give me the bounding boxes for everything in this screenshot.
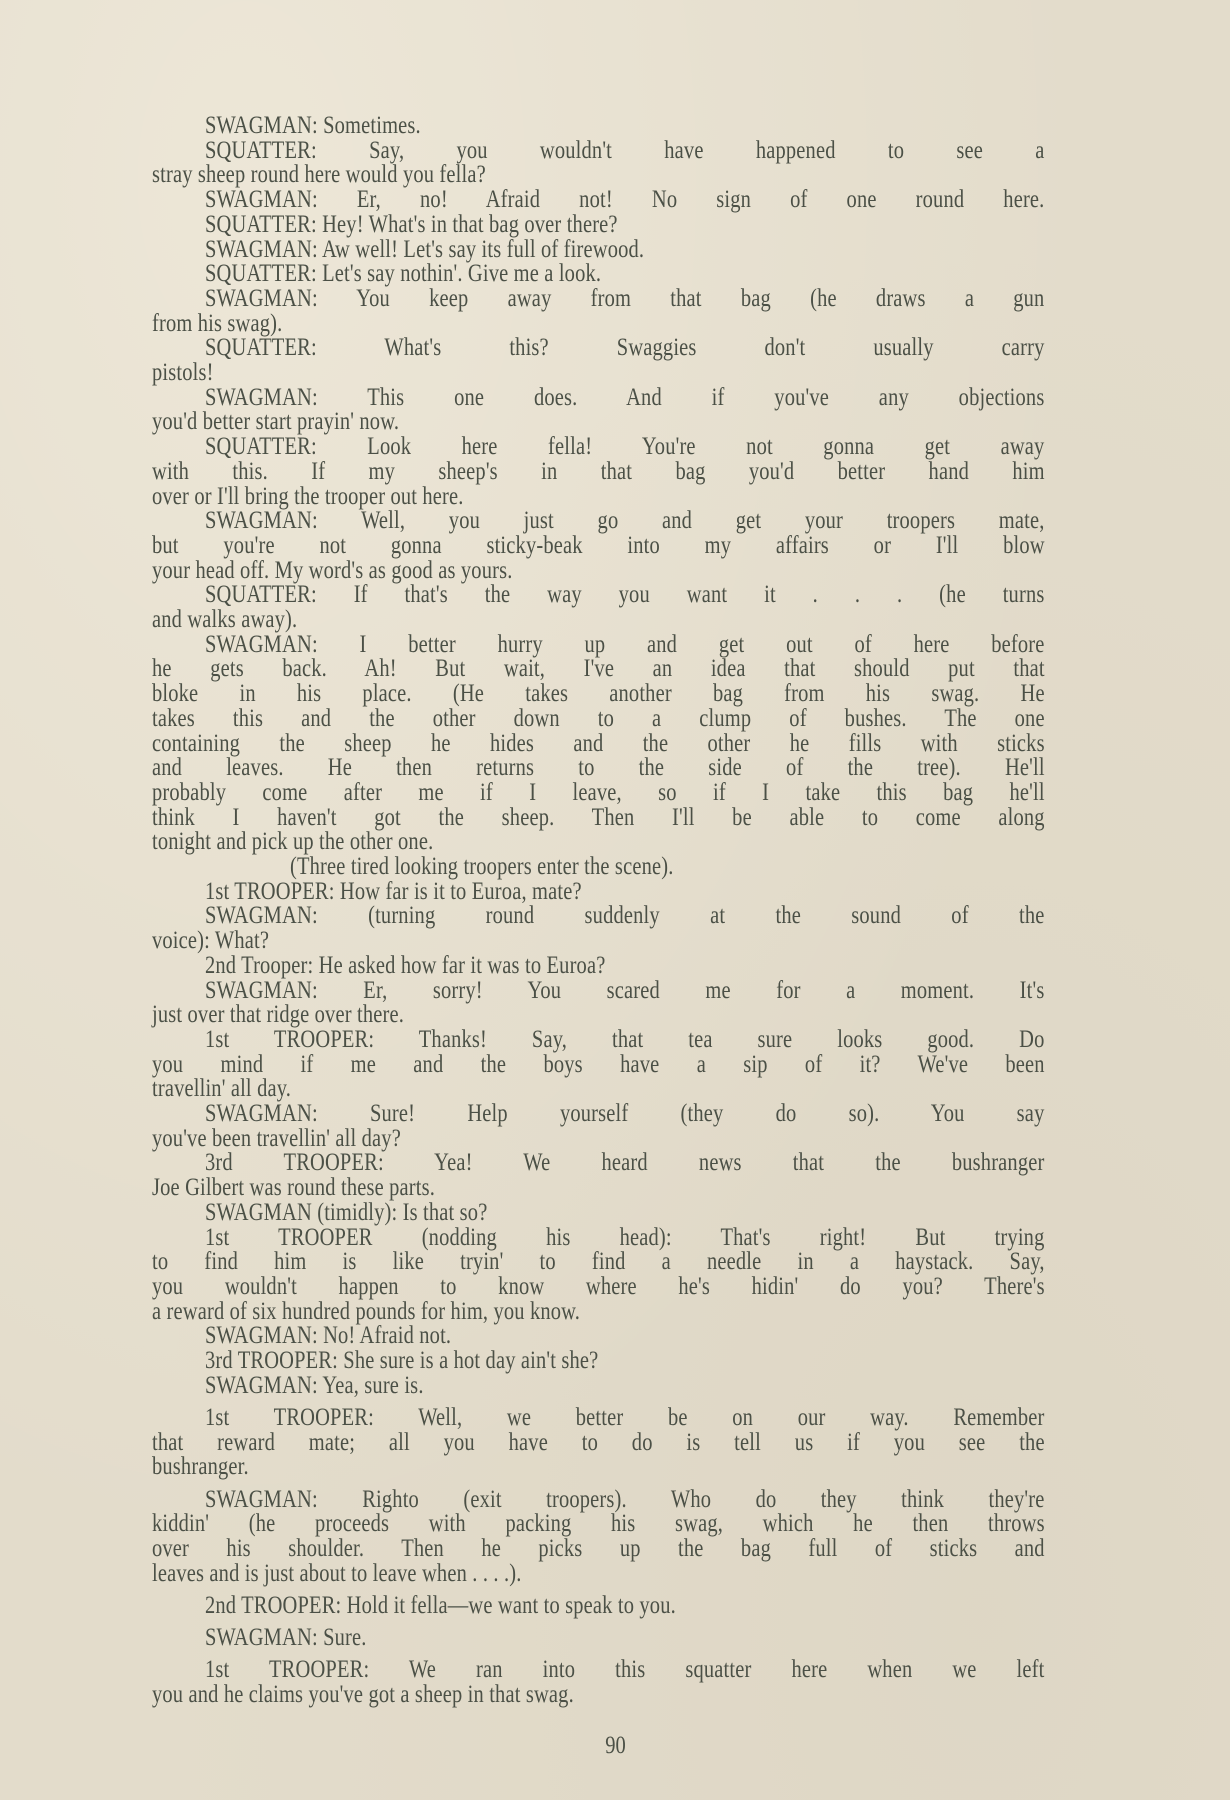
script-line-text: 1st TROOPER: We ran into this squatter h… bbox=[205, 1657, 1044, 1683]
script-line: leaves and is just about to leave when .… bbox=[152, 1561, 1045, 1587]
script-line: SQUATTER: Let's say nothin'. Give me a l… bbox=[205, 261, 1045, 287]
script-line: 1st TROOPER: Thanks! Say, that tea sure … bbox=[205, 1027, 1045, 1053]
script-line-text: SWAGMAN: Er, no! Afraid not! No sign of … bbox=[205, 187, 1044, 213]
script-line-text: over or I'll bring the trooper out here. bbox=[152, 484, 1045, 510]
script-line: tonight and pick up the other one. bbox=[152, 829, 1045, 855]
script-line-text: 3rd TROOPER: She sure is a hot day ain't… bbox=[205, 1348, 1044, 1374]
script-line-text: 1st TROOPER: Well, we better be on our w… bbox=[205, 1405, 1044, 1431]
script-line-text: that reward mate; all you have to do is … bbox=[152, 1430, 1045, 1456]
script-line: 1st TROOPER: We ran into this squatter h… bbox=[205, 1657, 1045, 1683]
script-line: with this. If my sheep's in that bag you… bbox=[152, 459, 1045, 485]
script-line: 2nd TROOPER: Hold it fella—we want to sp… bbox=[205, 1593, 1045, 1619]
script-line-text: 3rd TROOPER: Yea! We heard news that the… bbox=[205, 1150, 1044, 1176]
script-line-text: 2nd Trooper: He asked how far it was to … bbox=[205, 953, 1044, 979]
script-line-text: SWAGMAN: Well, you just go and get your … bbox=[205, 508, 1044, 534]
script-line: 1st TROOPER (nodding his head): That's r… bbox=[205, 1225, 1045, 1251]
script-line: over his shoulder. Then he picks up the … bbox=[152, 1536, 1045, 1562]
script-line: SWAGMAN: Aw well! Let's say its full of … bbox=[205, 237, 1045, 263]
script-line-text: and walks away). bbox=[152, 607, 1045, 633]
script-line-text: a reward of six hundred pounds for him, … bbox=[152, 1299, 1045, 1325]
script-line: SQUATTER: Look here fella! You're not go… bbox=[205, 434, 1045, 460]
script-line: 2nd Trooper: He asked how far it was to … bbox=[205, 953, 1045, 979]
script-line-text: takes this and the other down to a clump… bbox=[152, 706, 1045, 732]
script-line-text: containing the sheep he hides and the ot… bbox=[152, 731, 1045, 757]
script-line: SWAGMAN: I better hurry up and get out o… bbox=[205, 632, 1045, 658]
script-line-text: SQUATTER: Look here fella! You're not go… bbox=[205, 434, 1044, 460]
script-line-text: SWAGMAN: Yea, sure is. bbox=[205, 1373, 1044, 1399]
script-line: and leaves. He then returns to the side … bbox=[152, 755, 1045, 781]
script-line-text: SWAGMAN: Aw well! Let's say its full of … bbox=[205, 237, 1044, 263]
script-line-text: SWAGMAN: Er, sorry! You scared me for a … bbox=[205, 978, 1044, 1004]
script-line-text: SQUATTER: If that's the way you want it … bbox=[205, 582, 1044, 608]
script-line: you and he claims you've got a sheep in … bbox=[152, 1682, 1045, 1708]
script-line-text: just over that ridge over there. bbox=[152, 1002, 1045, 1028]
script-line: bushranger. bbox=[152, 1454, 1045, 1480]
script-line-text: but you're not gonna sticky-beak into my… bbox=[152, 533, 1045, 559]
script-line: SWAGMAN: Yea, sure is. bbox=[205, 1373, 1045, 1399]
script-line: SWAGMAN: Er, sorry! You scared me for a … bbox=[205, 978, 1045, 1004]
script-line: you've been travellin' all day? bbox=[152, 1126, 1045, 1152]
script-line-text: over his shoulder. Then he picks up the … bbox=[152, 1536, 1045, 1562]
script-line-text: SWAGMAN: Sure! Help yourself (they do so… bbox=[205, 1101, 1044, 1127]
script-line-text: you wouldn't happen to know where he's h… bbox=[152, 1274, 1045, 1300]
script-line: kiddin' (he proceeds with packing his sw… bbox=[152, 1511, 1045, 1537]
script-line-text: bushranger. bbox=[152, 1454, 1045, 1480]
script-line: SWAGMAN: Er, no! Afraid not! No sign of … bbox=[205, 187, 1045, 213]
script-line-text: kiddin' (he proceeds with packing his sw… bbox=[152, 1511, 1045, 1537]
script-line: that reward mate; all you have to do is … bbox=[152, 1430, 1045, 1456]
script-line-text: and leaves. He then returns to the side … bbox=[152, 755, 1045, 781]
script-line-text: think I haven't got the sheep. Then I'll… bbox=[152, 805, 1045, 831]
script-line: you'd better start prayin' now. bbox=[152, 409, 1045, 435]
script-line-text: SQUATTER: Say, you wouldn't have happene… bbox=[205, 138, 1044, 164]
script-line-text: voice): What? bbox=[152, 928, 1045, 954]
script-line-text: SWAGMAN (timidly): Is that so? bbox=[205, 1200, 1044, 1226]
script-line-text: tonight and pick up the other one. bbox=[152, 829, 1045, 855]
document-page: SWAGMAN: Sometimes.SQUATTER: Say, you wo… bbox=[0, 0, 1230, 1800]
script-line: your head off. My word's as good as your… bbox=[152, 558, 1045, 584]
script-line: SWAGMAN: Sure! Help yourself (they do so… bbox=[205, 1101, 1045, 1127]
script-line-text: pistols! bbox=[152, 360, 1045, 386]
script-line-text: from his swag). bbox=[152, 311, 1045, 337]
script-line: SWAGMAN: Well, you just go and get your … bbox=[205, 508, 1045, 534]
script-line-text: bloke in his place. (He takes another ba… bbox=[152, 681, 1045, 707]
script-line: probably come after me if I leave, so if… bbox=[152, 780, 1045, 806]
script-line: you wouldn't happen to know where he's h… bbox=[152, 1274, 1045, 1300]
script-line: over or I'll bring the trooper out here. bbox=[152, 484, 1045, 510]
script-line-text: you mind if me and the boys have a sip o… bbox=[152, 1052, 1045, 1078]
script-line-text: 1st TROOPER: How far is it to Euroa, mat… bbox=[205, 879, 1044, 905]
script-line-text: Joe Gilbert was round these parts. bbox=[152, 1175, 1045, 1201]
script-line: think I haven't got the sheep. Then I'll… bbox=[152, 805, 1045, 831]
script-line-text: (Three tired looking troopers enter the … bbox=[290, 854, 1183, 880]
script-line-text: your head off. My word's as good as your… bbox=[152, 558, 1045, 584]
script-line-text: travellin' all day. bbox=[152, 1076, 1045, 1102]
script-line: but you're not gonna sticky-beak into my… bbox=[152, 533, 1045, 559]
script-line: just over that ridge over there. bbox=[152, 1002, 1045, 1028]
script-line: SWAGMAN: You keep away from that bag (he… bbox=[205, 286, 1045, 312]
script-line-text: 2nd TROOPER: Hold it fella—we want to sp… bbox=[205, 1593, 1044, 1619]
script-line-text: 1st TROOPER: Thanks! Say, that tea sure … bbox=[205, 1027, 1044, 1053]
script-line-text: stray sheep round here would you fella? bbox=[152, 162, 1045, 188]
script-line: takes this and the other down to a clump… bbox=[152, 706, 1045, 732]
script-line-text: he gets back. Ah! But wait, I've an idea… bbox=[152, 656, 1045, 682]
script-line: SQUATTER: Say, you wouldn't have happene… bbox=[205, 138, 1045, 164]
script-line: SWAGMAN: Sometimes. bbox=[205, 113, 1045, 139]
script-line: SWAGMAN: Sure. bbox=[205, 1625, 1045, 1651]
stage-direction-line: (Three tired looking troopers enter the … bbox=[290, 854, 1183, 880]
script-line-text: SWAGMAN: You keep away from that bag (he… bbox=[205, 286, 1044, 312]
script-line: SQUATTER: If that's the way you want it … bbox=[205, 582, 1045, 608]
script-line-text: you'd better start prayin' now. bbox=[152, 409, 1045, 435]
script-line-text: 1st TROOPER (nodding his head): That's r… bbox=[205, 1225, 1044, 1251]
script-line: stray sheep round here would you fella? bbox=[152, 162, 1045, 188]
script-line-text: SWAGMAN: (turning round suddenly at the … bbox=[205, 903, 1044, 929]
script-line: voice): What? bbox=[152, 928, 1045, 954]
script-line: pistols! bbox=[152, 360, 1045, 386]
script-line-text: you've been travellin' all day? bbox=[152, 1126, 1045, 1152]
script-line-text: you and he claims you've got a sheep in … bbox=[152, 1682, 1045, 1708]
script-line-text: probably come after me if I leave, so if… bbox=[152, 780, 1045, 806]
script-line: SQUATTER: What's this? Swaggies don't us… bbox=[205, 335, 1045, 361]
script-line-text: to find him is like tryin' to find a nee… bbox=[152, 1249, 1045, 1275]
script-line: you mind if me and the boys have a sip o… bbox=[152, 1052, 1045, 1078]
script-line-text: leaves and is just about to leave when .… bbox=[152, 1561, 1045, 1587]
script-line: 3rd TROOPER: Yea! We heard news that the… bbox=[205, 1150, 1045, 1176]
script-line-text: with this. If my sheep's in that bag you… bbox=[152, 459, 1045, 485]
script-line-text: SWAGMAN: Sometimes. bbox=[205, 113, 1044, 139]
script-line: SWAGMAN: No! Afraid not. bbox=[205, 1323, 1045, 1349]
page-number: 90 bbox=[0, 1733, 1230, 1759]
script-line-text: SQUATTER: Hey! What's in that bag over t… bbox=[205, 212, 1044, 238]
script-line: 3rd TROOPER: She sure is a hot day ain't… bbox=[205, 1348, 1045, 1374]
script-line: he gets back. Ah! But wait, I've an idea… bbox=[152, 656, 1045, 682]
script-line: SWAGMAN (timidly): Is that so? bbox=[205, 1200, 1045, 1226]
script-line: a reward of six hundred pounds for him, … bbox=[152, 1299, 1045, 1325]
script-line: SWAGMAN: This one does. And if you've an… bbox=[205, 385, 1045, 411]
script-line: SQUATTER: Hey! What's in that bag over t… bbox=[205, 212, 1045, 238]
script-line-text: SWAGMAN: No! Afraid not. bbox=[205, 1323, 1044, 1349]
script-line: SWAGMAN: Righto (exit troopers). Who do … bbox=[205, 1487, 1045, 1513]
script-line: containing the sheep he hides and the ot… bbox=[152, 731, 1045, 757]
script-line: 1st TROOPER: How far is it to Euroa, mat… bbox=[205, 879, 1045, 905]
script-line: travellin' all day. bbox=[152, 1076, 1045, 1102]
script-line: from his swag). bbox=[152, 311, 1045, 337]
script-line-text: SWAGMAN: This one does. And if you've an… bbox=[205, 385, 1044, 411]
page-number-text: 90 bbox=[605, 1733, 626, 1759]
script-line: 1st TROOPER: Well, we better be on our w… bbox=[205, 1405, 1045, 1431]
script-line-text: SWAGMAN: I better hurry up and get out o… bbox=[205, 632, 1044, 658]
script-line: bloke in his place. (He takes another ba… bbox=[152, 681, 1045, 707]
script-line: SWAGMAN: (turning round suddenly at the … bbox=[205, 903, 1045, 929]
script-line-text: SWAGMAN: Righto (exit troopers). Who do … bbox=[205, 1487, 1044, 1513]
script-line-text: SQUATTER: Let's say nothin'. Give me a l… bbox=[205, 261, 1044, 287]
script-line-text: SWAGMAN: Sure. bbox=[205, 1625, 1044, 1651]
script-line: and walks away). bbox=[152, 607, 1045, 633]
script-line-text: SQUATTER: What's this? Swaggies don't us… bbox=[205, 335, 1044, 361]
script-line: to find him is like tryin' to find a nee… bbox=[152, 1249, 1045, 1275]
script-line: Joe Gilbert was round these parts. bbox=[152, 1175, 1045, 1201]
